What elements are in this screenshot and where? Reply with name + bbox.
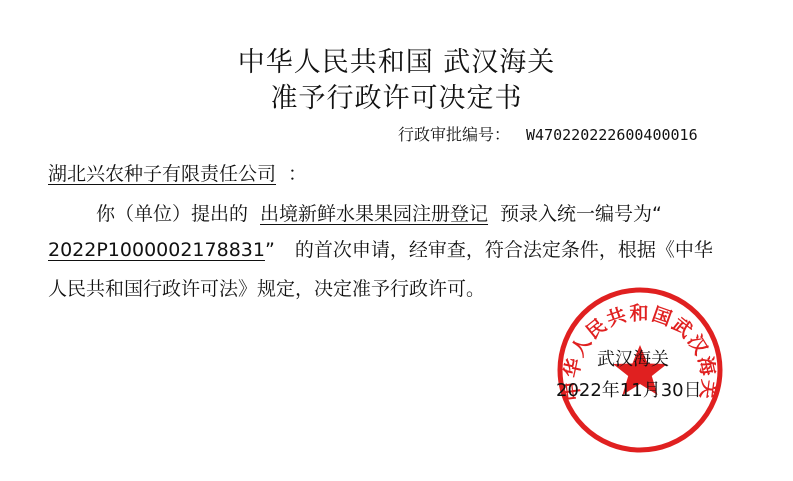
- body-text-3: 的首次申请，经审查，符合法定条件，根据《中华: [295, 239, 713, 261]
- approval-number-label: 行政审批编号：: [398, 125, 510, 144]
- addressee-colon: ：: [288, 163, 307, 185]
- body-text-2: 预录入统一编号为“: [500, 203, 662, 225]
- body-text-1: 你（单位）提出的: [96, 203, 248, 225]
- signature-issuer: 武汉海关: [597, 349, 669, 371]
- approval-number-row: 行政审批编号：W470220222600400016: [398, 124, 698, 146]
- pre-entry-number: 2022P1000002178831: [48, 239, 265, 261]
- addressee-name: 湖北兴农种子有限责任公司: [48, 163, 276, 185]
- signature-date: 2022年11月30日: [556, 380, 702, 402]
- permit-item-name: 出境新鲜水果果园注册登记: [260, 203, 488, 225]
- body-line-1: 你（单位）提出的出境新鲜水果果园注册登记预录入统一编号为“: [96, 201, 662, 227]
- body-line-3: 人民共和国行政许可法》规定，决定准予行政许可。: [48, 276, 485, 302]
- body-line-2: 2022P1000002178831”的首次申请，经审查，符合法定条件，根据《中…: [48, 237, 713, 263]
- body-quote-close: ”: [265, 239, 275, 261]
- approval-number-value: W470220222600400016: [526, 126, 698, 144]
- addressee-line: 湖北兴农种子有限责任公司：: [48, 161, 307, 187]
- document-title: 准予行政许可决定书: [0, 83, 793, 115]
- document-title-issuer: 中华人民共和国 武汉海关: [0, 47, 793, 79]
